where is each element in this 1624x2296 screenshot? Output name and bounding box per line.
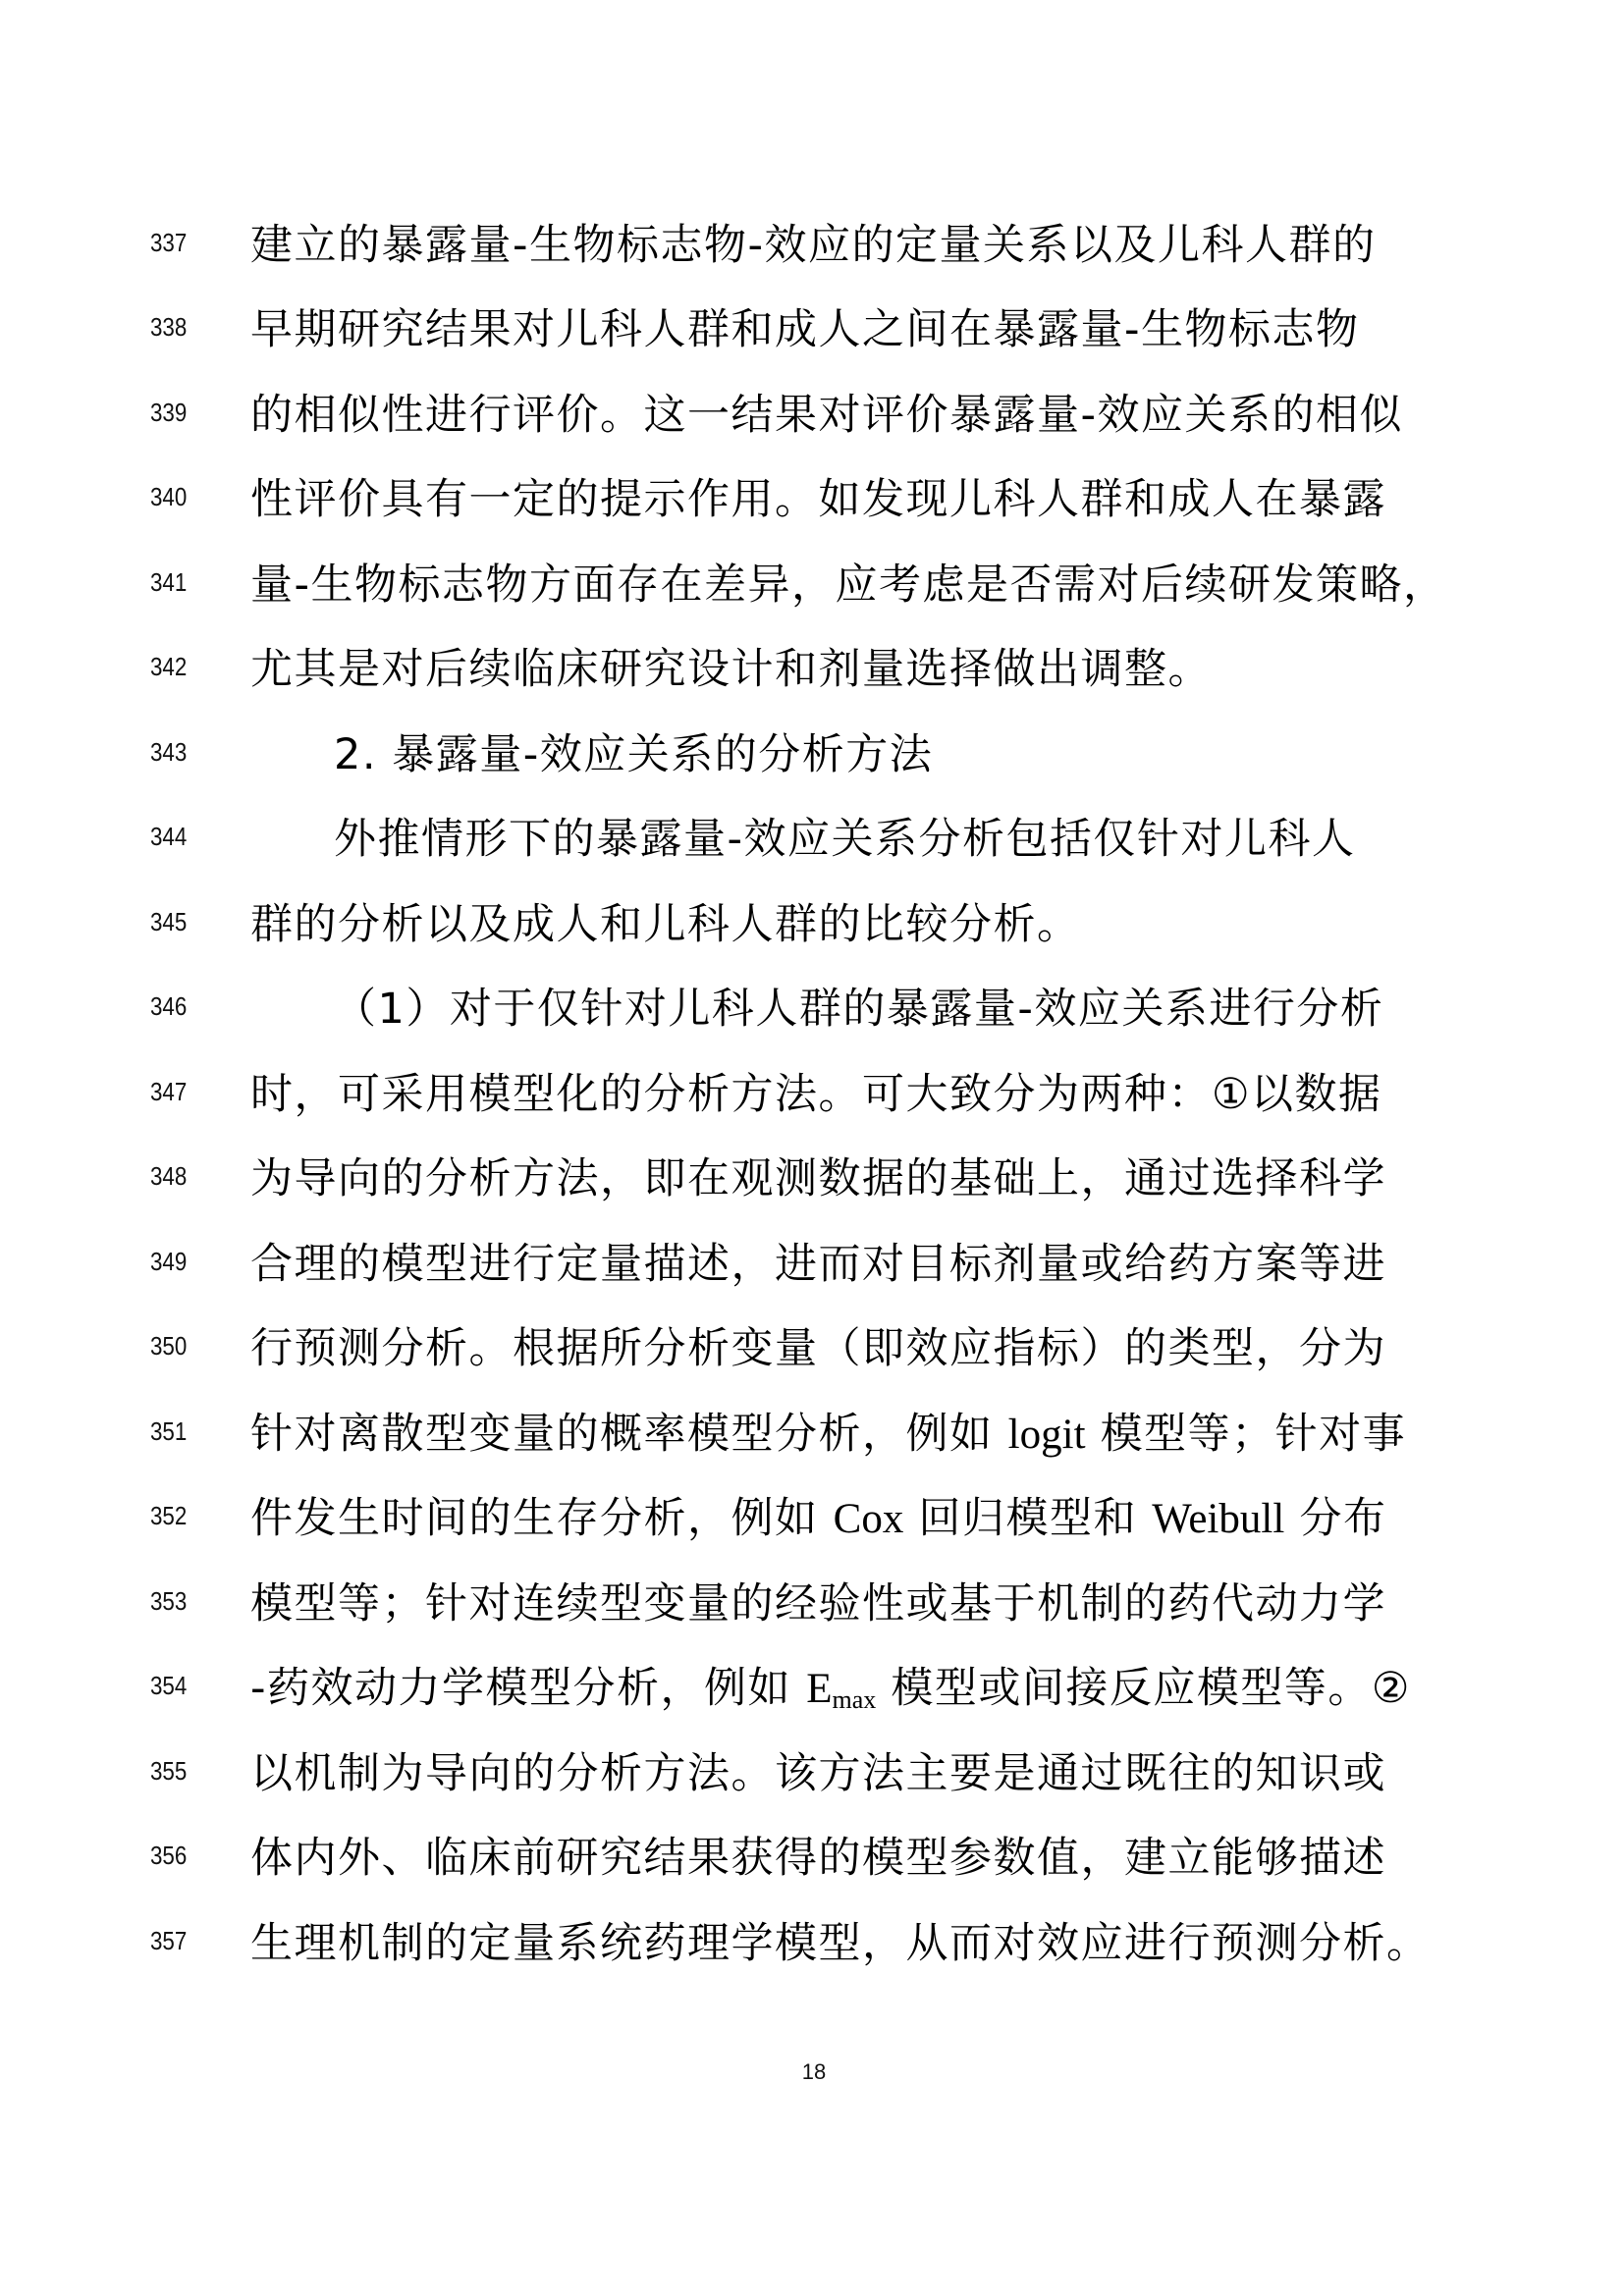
line-text: 量-生物标志物方面存在差异，应考虑是否需对后续研发策略， [250, 558, 1447, 613]
line-350: 350 行预测分析。根据所分析变量（即效应指标）的类型，分为 [0, 1321, 1624, 1380]
line-353: 353 模型等；针对连续型变量的经验性或基于机制的药代动力学 [0, 1576, 1624, 1635]
line-text: -药效动力学模型分析，例如 Emax 模型或间接反应模型等。② [250, 1661, 1411, 1728]
subscript: max [832, 1685, 876, 1714]
document-page: 337 建立的暴露量-生物标志物-效应的定量关系以及儿科人群的 338 早期研究… [0, 0, 1624, 2296]
line-352: 352 件发生时间的生存分析，例如 Cox 回归模型和 Weibull 分布 [0, 1491, 1624, 1550]
line-text: 群的分析以及成人和儿科人群的比较分析。 [250, 897, 1081, 952]
line-text: 尤其是对后续临床研究设计和剂量选择做出调整。 [250, 642, 1212, 697]
latin-term: Weibull [1152, 1496, 1284, 1542]
page-number: 18 [794, 2059, 834, 2085]
line-number: 339 [150, 398, 197, 428]
line-356: 356 体内外、临床前研究结果获得的模型参数值，建立能够描述 [0, 1831, 1624, 1890]
line-text: 合理的模型进行定量描述，进而对目标剂量或给药方案等进 [250, 1237, 1386, 1292]
line-number: 337 [150, 228, 197, 258]
line-346: 346 （1）对于仅针对儿科人群的暴露量-效应关系进行分析 [0, 982, 1624, 1041]
line-text: 针对离散型变量的概率模型分析，例如 logit 模型等；针对事 [250, 1407, 1406, 1463]
line-text: 生理机制的定量系统药理学模型，从而对效应进行预测分析。 [250, 1916, 1431, 1971]
line-number: 352 [150, 1501, 197, 1531]
line-text: 体内外、临床前研究结果获得的模型参数值，建立能够描述 [250, 1831, 1386, 1886]
line-number: 354 [150, 1671, 197, 1701]
line-number: 340 [150, 482, 197, 512]
line-344: 344 外推情形下的暴露量-效应关系分析包括仅针对儿科人 [0, 812, 1624, 871]
line-text: 为导向的分析方法，即在观测数据的基础上，通过选择科学 [250, 1151, 1386, 1206]
text-segment: 回归模型和 [903, 1494, 1152, 1543]
line-number: 347 [150, 1077, 197, 1107]
line-text: 建立的暴露量-生物标志物-效应的定量关系以及儿科人群的 [250, 218, 1377, 273]
line-number: 341 [150, 567, 197, 598]
line-number: 351 [150, 1416, 197, 1447]
line-text: 时，可采用模型化的分析方法。可大致分为两种：①以数据 [250, 1067, 1382, 1122]
line-text: 行预测分析。根据所分析变量（即效应指标）的类型，分为 [250, 1321, 1386, 1376]
line-text: （1）对于仅针对儿科人群的暴露量-效应关系进行分析 [334, 982, 1383, 1037]
line-339: 339 的相似性进行评价。这一结果对评价暴露量-效应关系的相似 [0, 388, 1624, 447]
line-337: 337 建立的暴露量-生物标志物-效应的定量关系以及儿科人群的 [0, 218, 1624, 277]
line-number: 342 [150, 652, 197, 682]
latin-term: Cox [834, 1496, 904, 1542]
text-segment: 针对离散型变量的概率模型分析，例如 [250, 1410, 1008, 1459]
line-number: 348 [150, 1161, 197, 1192]
section-heading: 2. 暴露量-效应关系的分析方法 [334, 727, 933, 782]
line-text: 外推情形下的暴露量-效应关系分析包括仅针对儿科人 [334, 812, 1356, 867]
line-text: 件发生时间的生存分析，例如 Cox 回归模型和 Weibull 分布 [250, 1491, 1386, 1547]
line-number: 338 [150, 312, 197, 343]
text-segment: 模型或间接反应模型等。② [876, 1664, 1411, 1713]
text-segment: 模型等；针对事 [1086, 1410, 1407, 1459]
line-351: 351 针对离散型变量的概率模型分析，例如 logit 模型等；针对事 [0, 1407, 1624, 1466]
line-338: 338 早期研究结果对儿科人群和成人之间在暴露量-生物标志物 [0, 302, 1624, 361]
line-340: 340 性评价具有一定的提示作用。如发现儿科人群和成人在暴露 [0, 472, 1624, 531]
line-348: 348 为导向的分析方法，即在观测数据的基础上，通过选择科学 [0, 1151, 1624, 1210]
line-343: 343 2. 暴露量-效应关系的分析方法 [0, 727, 1624, 786]
line-number: 349 [150, 1247, 197, 1277]
text-segment: -药效动力学模型分析，例如 [250, 1664, 806, 1713]
line-342: 342 尤其是对后续临床研究设计和剂量选择做出调整。 [0, 642, 1624, 701]
line-347: 347 时，可采用模型化的分析方法。可大致分为两种：①以数据 [0, 1067, 1624, 1126]
line-number: 357 [150, 1926, 197, 1956]
line-text: 以机制为导向的分析方法。该方法主要是通过既往的知识或 [250, 1746, 1386, 1801]
line-341: 341 量-生物标志物方面存在差异，应考虑是否需对后续研发策略， [0, 558, 1624, 616]
line-number: 344 [150, 822, 197, 852]
text-segment: 分布 [1284, 1494, 1386, 1543]
line-number: 355 [150, 1756, 197, 1787]
line-text: 性评价具有一定的提示作用。如发现儿科人群和成人在暴露 [250, 472, 1386, 527]
line-number: 343 [150, 737, 197, 768]
line-355: 355 以机制为导向的分析方法。该方法主要是通过既往的知识或 [0, 1746, 1624, 1805]
line-number: 350 [150, 1331, 197, 1362]
line-number: 356 [150, 1841, 197, 1871]
line-text: 的相似性进行评价。这一结果对评价暴露量-效应关系的相似 [250, 388, 1403, 443]
line-text: 早期研究结果对儿科人群和成人之间在暴露量-生物标志物 [250, 302, 1360, 357]
latin-term: logit [1008, 1412, 1086, 1458]
line-345: 345 群的分析以及成人和儿科人群的比较分析。 [0, 897, 1624, 956]
line-354: 354 -药效动力学模型分析，例如 Emax 模型或间接反应模型等。② [0, 1661, 1624, 1720]
line-349: 349 合理的模型进行定量描述，进而对目标剂量或给药方案等进 [0, 1237, 1624, 1296]
latin-term: E [806, 1666, 832, 1712]
line-357: 357 生理机制的定量系统药理学模型，从而对效应进行预测分析。 [0, 1916, 1624, 1975]
line-number: 346 [150, 991, 197, 1022]
line-number: 345 [150, 907, 197, 937]
line-text: 模型等；针对连续型变量的经验性或基于机制的药代动力学 [250, 1576, 1386, 1631]
line-number: 353 [150, 1586, 197, 1617]
text-segment: 件发生时间的生存分析，例如 [250, 1494, 834, 1543]
